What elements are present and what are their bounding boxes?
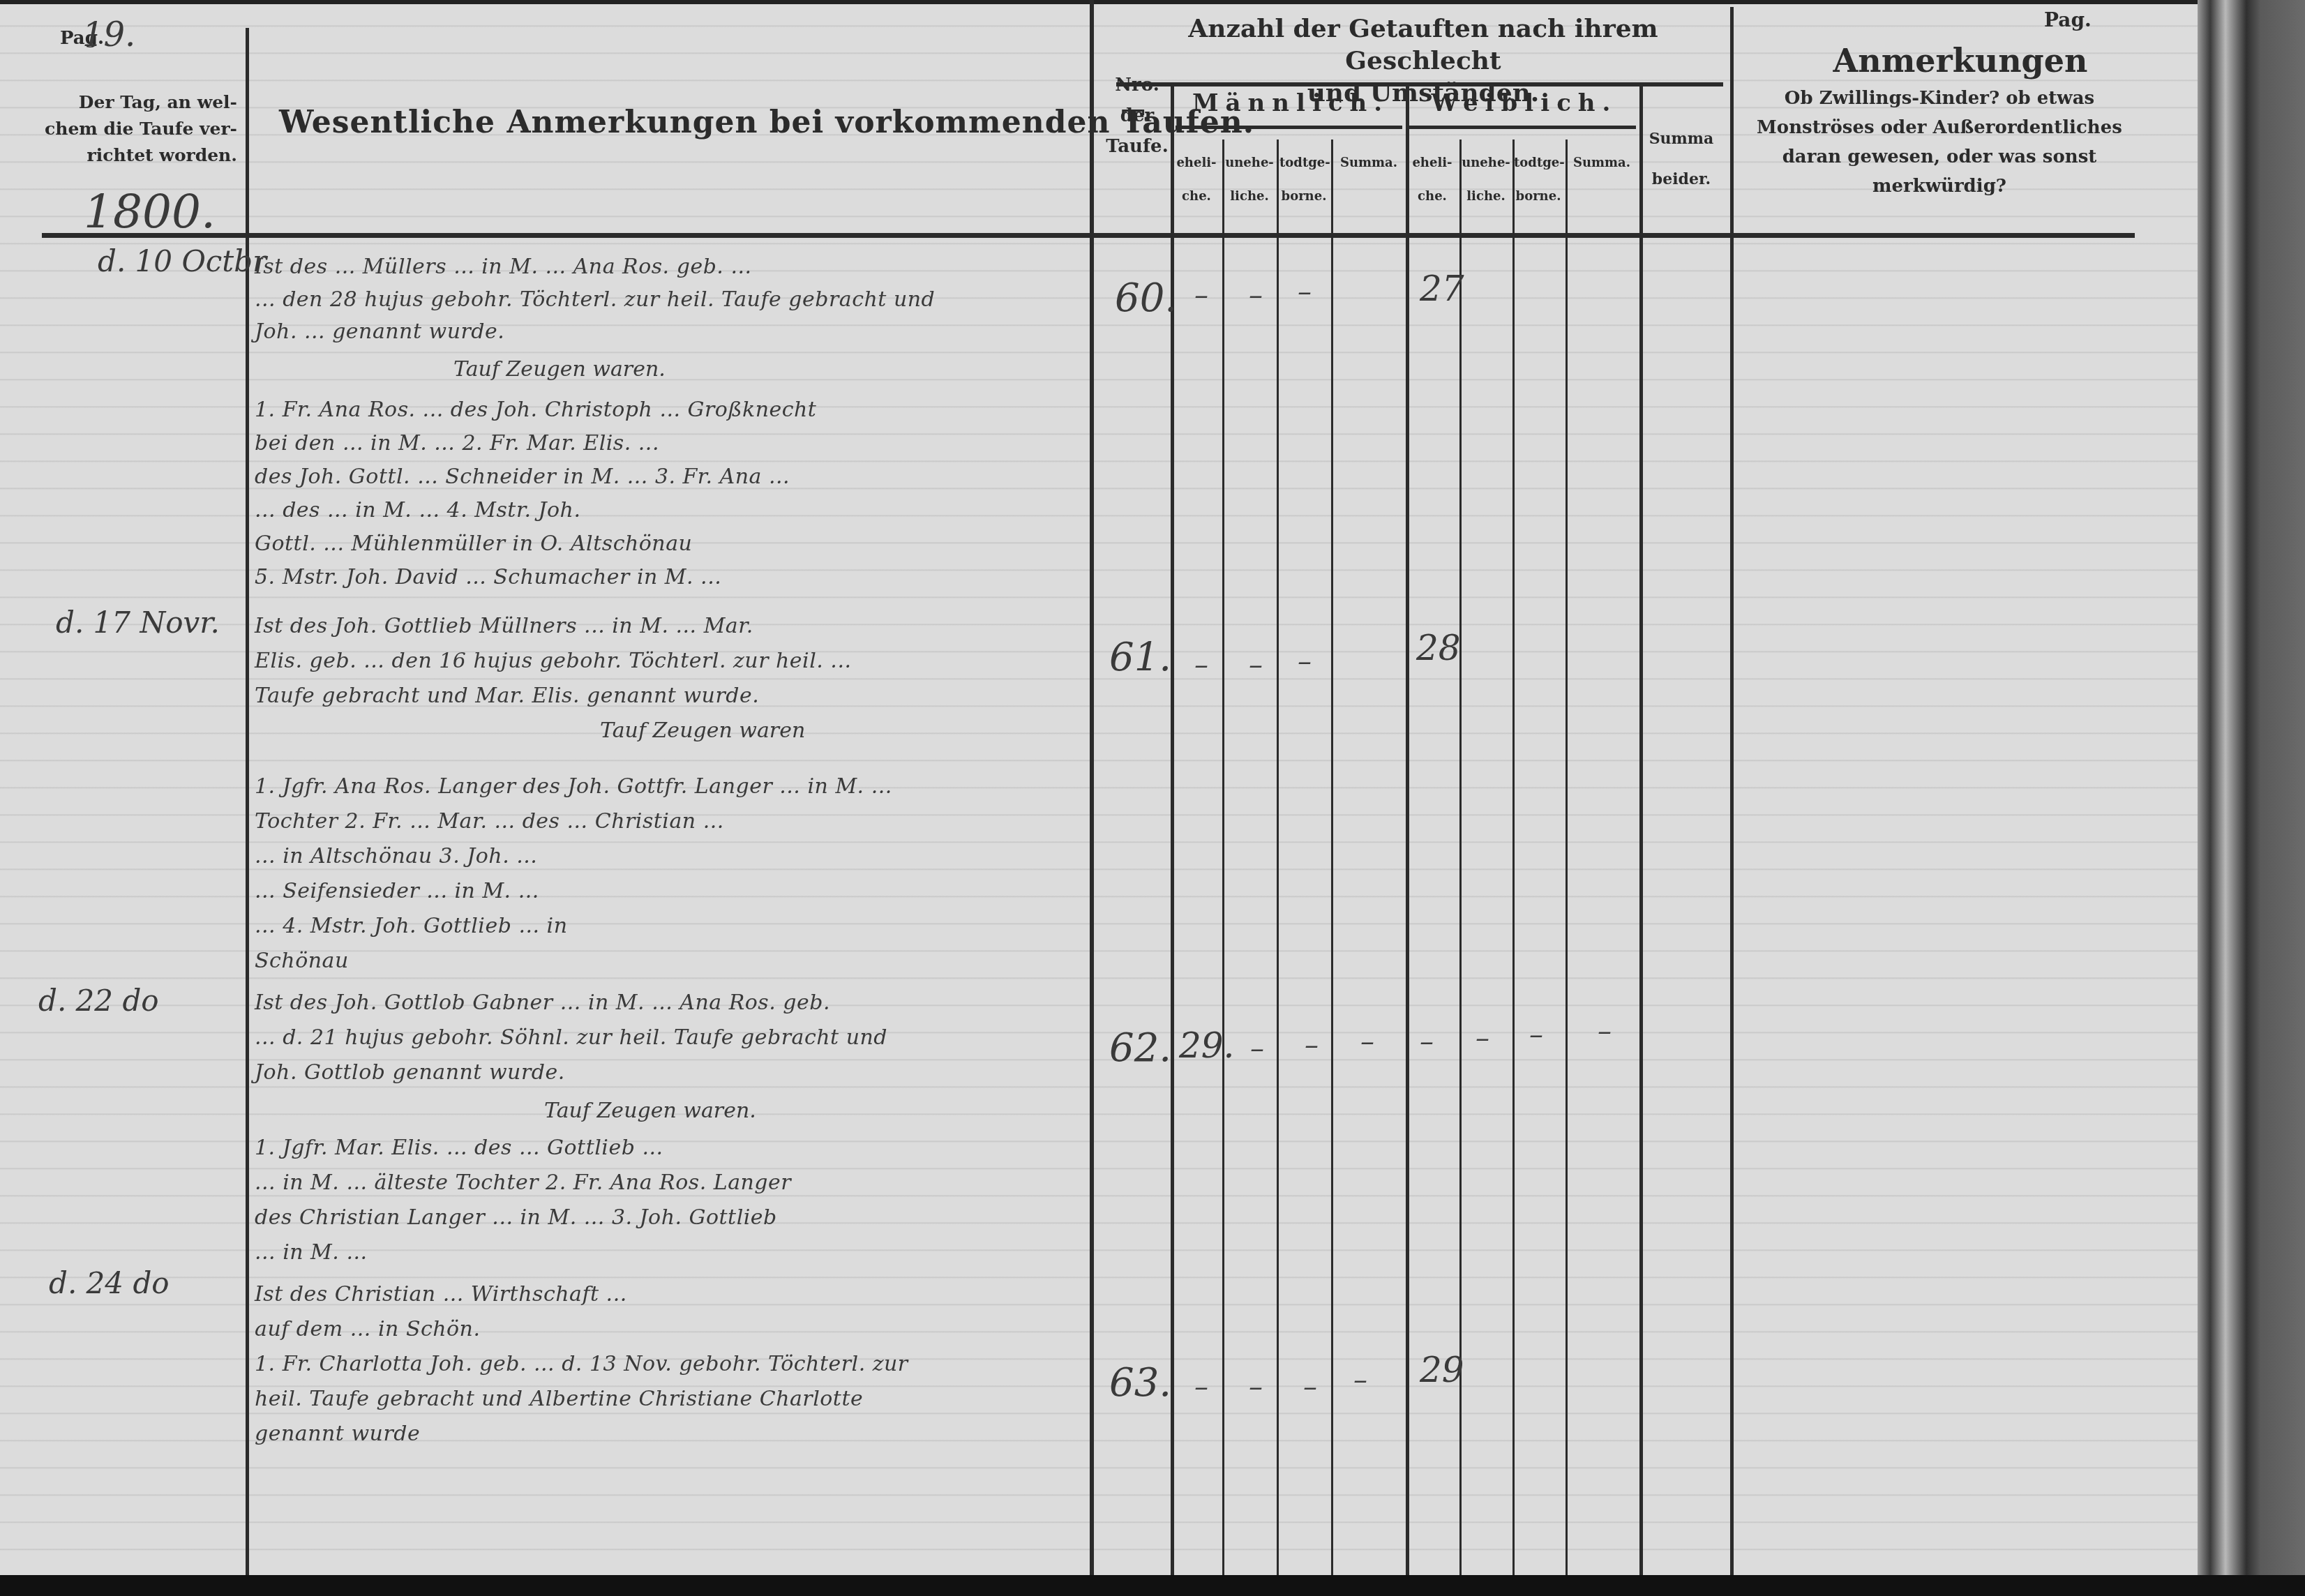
- m-ehel-header: eheli-che.: [1172, 146, 1221, 213]
- entry-text-line: Ist des Joh. Gottlieb Müllners ... in M.…: [255, 614, 753, 638]
- rule-vertical: [1566, 140, 1568, 1575]
- w-ehel-header: eheli-che.: [1408, 146, 1457, 213]
- count-m-todt: –: [1298, 276, 1312, 308]
- entry-text-line: Joh. ... genannt wurde.: [255, 319, 504, 344]
- page-number: 19.: [82, 15, 135, 54]
- count-w-ehel: –: [1420, 1025, 1434, 1057]
- witness-heading: Tauf Zeugen waren: [600, 718, 805, 743]
- rule-weiblich: [1409, 126, 1636, 129]
- count-m-todt: –: [1303, 1371, 1317, 1403]
- witness-line: 5. Mstr. Joh. David ... Schumacher in M.…: [255, 565, 721, 589]
- witness-line: des Christian Langer ... in M. ... 3. Jo…: [255, 1205, 777, 1230]
- year: 1800.: [84, 185, 216, 239]
- rule-vertical: [1639, 84, 1643, 1575]
- count-m-unehel: –: [1249, 649, 1263, 681]
- witness-line: ... in M. ...: [255, 1240, 368, 1265]
- w-todt-header: todtge-borne.: [1514, 146, 1563, 213]
- rule-vertical: [1277, 140, 1279, 1575]
- rule-vertical: [1222, 140, 1224, 1575]
- anmerkungen-title: Anmerkungen: [1814, 42, 2107, 80]
- entry-number: 60.: [1115, 276, 1177, 321]
- anmerkungen-sub-line: Monströses oder Außerordentliches: [1744, 113, 2135, 142]
- count-m-ehel: –: [1194, 279, 1208, 311]
- count-m-ehel: –: [1194, 649, 1208, 681]
- entry-text-line: 1. Fr. Charlotta Joh. geb. ... d. 13 Nov…: [255, 1352, 908, 1376]
- witness-line: 1. Jgfr. Ana Ros. Langer des Joh. Gottfr…: [255, 774, 892, 799]
- m-todt-header: todtge-borne.: [1279, 146, 1328, 213]
- witness-line: bei den ... in M. ... 2. Fr. Mar. Elis. …: [255, 431, 659, 456]
- rule-vertical: [1512, 140, 1515, 1575]
- anmerkungen-sub-line: daran gewesen, oder was sonst: [1744, 142, 2135, 172]
- count-w-ehel: 27: [1420, 269, 1464, 309]
- top-edge: [0, 0, 2305, 4]
- witness-line: 1. Fr. Ana Ros. ... des Joh. Christoph .…: [255, 398, 816, 422]
- count-w-unehel: –: [1476, 1022, 1489, 1054]
- witness-line: Gottl. ... Mühlenmüller in O. Altschönau: [255, 532, 692, 556]
- m-unehel-header: unehe-liche.: [1225, 146, 1274, 213]
- anmerkungen-subtitle: Ob Zwillings-Kinder? ob etwas Monströses…: [1744, 84, 2135, 201]
- count-m-summa: –: [1360, 1025, 1374, 1057]
- witness-line: Tochter 2. Fr. ... Mar. ... des ... Chri…: [255, 809, 724, 834]
- bottom-edge: [0, 1575, 2305, 1596]
- witness-line: ... in Altschönau 3. Joh. ...: [255, 844, 537, 868]
- entry-text-line: Elis. geb. ... den 16 hujus gebohr. Töch…: [255, 649, 851, 673]
- witness-line: Schönau: [255, 949, 349, 973]
- count-m-unehel: –: [1249, 1371, 1263, 1403]
- entry-text-line: auf dem ... in Schön.: [255, 1317, 480, 1341]
- m-summa-header: Summa.: [1334, 146, 1404, 180]
- entry-text-line: Ist des Christian ... Wirthschaft ...: [255, 1282, 627, 1307]
- rule-count-group: [1116, 82, 1723, 86]
- page-label-right: Pag.: [2044, 8, 2092, 31]
- anmerkungen-sub-line: merkwürdig?: [1744, 172, 2135, 201]
- entry-date: d. 22 do: [38, 984, 159, 1018]
- witness-line: ... 4. Mstr. Joh. Gottlieb ... in: [255, 914, 567, 938]
- entry-text-line: ... den 28 hujus gebohr. Töchterl. zur h…: [255, 287, 935, 312]
- rule-vertical: [1730, 7, 1734, 1575]
- witness-line: ... in M. ... älteste Tochter 2. Fr. Ana…: [255, 1170, 791, 1195]
- entry-text-line: Taufe gebracht und Mar. Elis. genannt wu…: [255, 684, 759, 708]
- rule-maennlich: [1176, 126, 1402, 129]
- entry-number: 62.: [1109, 1025, 1171, 1071]
- count-m-unehel: –: [1250, 1032, 1264, 1064]
- count-w-ehel: 29: [1420, 1350, 1464, 1390]
- count-m-todt: –: [1305, 1029, 1319, 1061]
- summa-beider-header: Summa beider.: [1639, 119, 1723, 200]
- entry-text-line: genannt wurde: [255, 1422, 420, 1446]
- count-title-line1: Anzahl der Getauften nach ihrem Geschlec…: [1158, 13, 1688, 77]
- entry-date: d. 24 do: [49, 1266, 170, 1300]
- maennlich-header: Männlich.: [1179, 89, 1402, 117]
- w-summa-header: Summa.: [1567, 146, 1637, 180]
- count-m-todt: –: [1298, 645, 1312, 677]
- register-page: Pag. 19. Der Tag, an wel-chem die Taufe …: [0, 0, 2198, 1596]
- witness-line: 1. Jgfr. Mar. Elis. ... des ... Gottlieb…: [255, 1136, 663, 1160]
- entry-text-line: Joh. Gottlob genannt wurde.: [255, 1060, 565, 1085]
- count-m-ehel: –: [1194, 1371, 1208, 1403]
- rule-vertical: [1331, 140, 1333, 1575]
- count-w-todt: –: [1529, 1018, 1543, 1051]
- w-unehel-header: unehe-liche.: [1462, 146, 1510, 213]
- witness-line: ... Seifensieder ... in M. ...: [255, 879, 539, 903]
- entry-date: d. 17 Novr.: [56, 605, 220, 640]
- count-w-ehel: 28: [1416, 628, 1461, 668]
- entry-date: d. 10 Octbr: [98, 244, 266, 278]
- count-m-ehel: 29.: [1179, 1025, 1235, 1066]
- witness-heading: Tauf Zeugen waren.: [544, 1099, 756, 1123]
- day-column-header: Der Tag, an wel-chem die Taufe ver-richt…: [42, 89, 237, 169]
- book-binding-edge: [2198, 0, 2305, 1596]
- weiblich-header: Weiblich.: [1409, 89, 1639, 117]
- entry-text-line: ... d. 21 hujus gebohr. Söhnl. zur heil.…: [255, 1025, 887, 1050]
- anmerkungen-sub-line: Ob Zwillings-Kinder? ob etwas: [1744, 84, 2135, 113]
- count-m-summa: –: [1353, 1364, 1367, 1396]
- witness-line: des Joh. Gottl. ... Schneider in M. ... …: [255, 465, 790, 489]
- count-m-unehel: –: [1249, 279, 1263, 311]
- entry-text-line: heil. Taufe gebracht und Albertine Chris…: [255, 1387, 863, 1411]
- witness-line: ... des ... in M. ... 4. Mstr. Joh.: [255, 498, 580, 522]
- entry-number: 63.: [1109, 1360, 1171, 1406]
- witness-heading: Tauf Zeugen waren.: [453, 357, 666, 382]
- rule-vertical: [1406, 84, 1409, 1575]
- entry-text-line: Ist des Joh. Gottlob Gabner ... in M. ..…: [255, 991, 830, 1015]
- entry-number: 61.: [1109, 635, 1171, 680]
- rule-header-bottom: [42, 233, 2135, 238]
- count-w-summa: –: [1598, 1015, 1612, 1047]
- entry-text-line: Ist des ... Müllers ... in M. ... Ana Ro…: [255, 255, 752, 279]
